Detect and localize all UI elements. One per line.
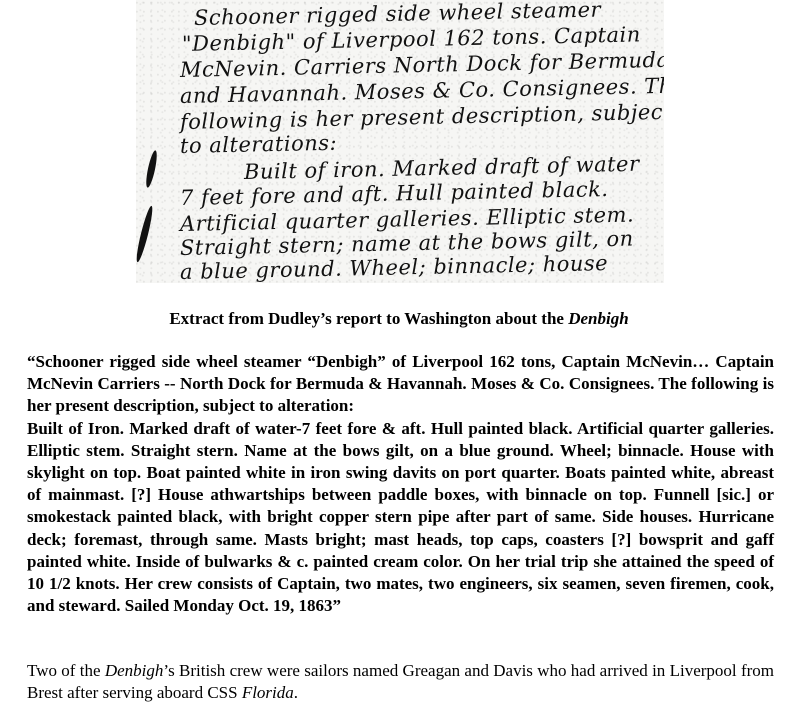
body-paragraph: Two of the Denbigh’s British crew were s… xyxy=(27,660,774,704)
body-text-segment: . xyxy=(294,683,298,702)
ship-name-italic: Denbigh xyxy=(105,661,164,680)
caption-text: Extract from Dudley’s report to Washingt… xyxy=(169,309,568,328)
ship-name-italic: Florida xyxy=(242,683,294,702)
figure-caption: Extract from Dudley’s report to Washingt… xyxy=(0,309,798,329)
quote-paragraph-description: Built of Iron. Marked draft of water-7 f… xyxy=(27,418,774,618)
quote-paragraph-intro: “Schooner rigged side wheel steamer “Den… xyxy=(27,351,774,418)
manuscript-image: Schooner rigged side wheel steamer "Denb… xyxy=(136,0,664,283)
margin-stroke-mark xyxy=(144,150,159,189)
manuscript-line: to alterations: xyxy=(180,131,338,158)
caption-ship-name: Denbigh xyxy=(568,309,628,328)
quoted-report: “Schooner rigged side wheel steamer “Den… xyxy=(27,351,774,617)
crew-paragraph: Two of the Denbigh’s British crew were s… xyxy=(27,660,774,704)
margin-stroke-mark xyxy=(136,205,155,263)
body-text-segment: Two of the xyxy=(27,661,105,680)
